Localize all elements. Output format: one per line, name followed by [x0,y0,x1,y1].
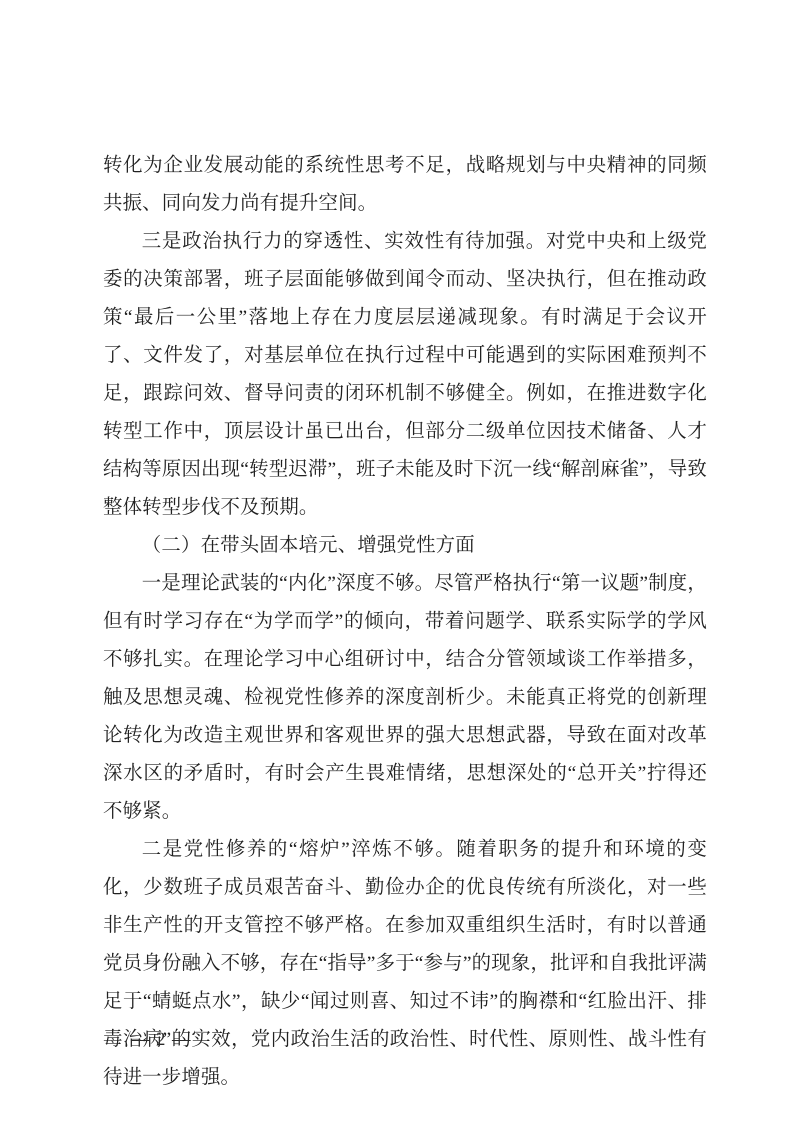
paragraph-continuation: 转化为企业发展动能的系统性思考不足，战略规划与中央精神的同频共振、同向发力尚有提… [103,147,707,223]
document-body: 转化为企业发展动能的系统性思考不足，战略规划与中央精神的同频共振、同向发力尚有提… [103,147,707,1097]
paragraph-point-three: 三是政治执行力的穿透性、实效性有待加强。对党中央和上级党委的决策部署，班子层面能… [103,223,707,527]
page-footer: — 2 — [131,1028,192,1052]
paragraph-point-one: 一是理论武装的“内化”深度不够。尽管严格执行“第一议题”制度，但有时学习存在“为… [103,565,707,831]
paragraph-point-two: 二是党性修养的“熔炉”淬炼不够。随着职务的提升和环境的变化，少数班子成员艰苦奋斗… [103,831,707,1097]
page-number: — 2 — [131,1030,192,1050]
section-heading: （二）在带头固本培元、增强党性方面 [103,527,707,565]
document-page: 转化为企业发展动能的系统性思考不足，战略规划与中央精神的同频共振、同向发力尚有提… [0,0,793,1122]
